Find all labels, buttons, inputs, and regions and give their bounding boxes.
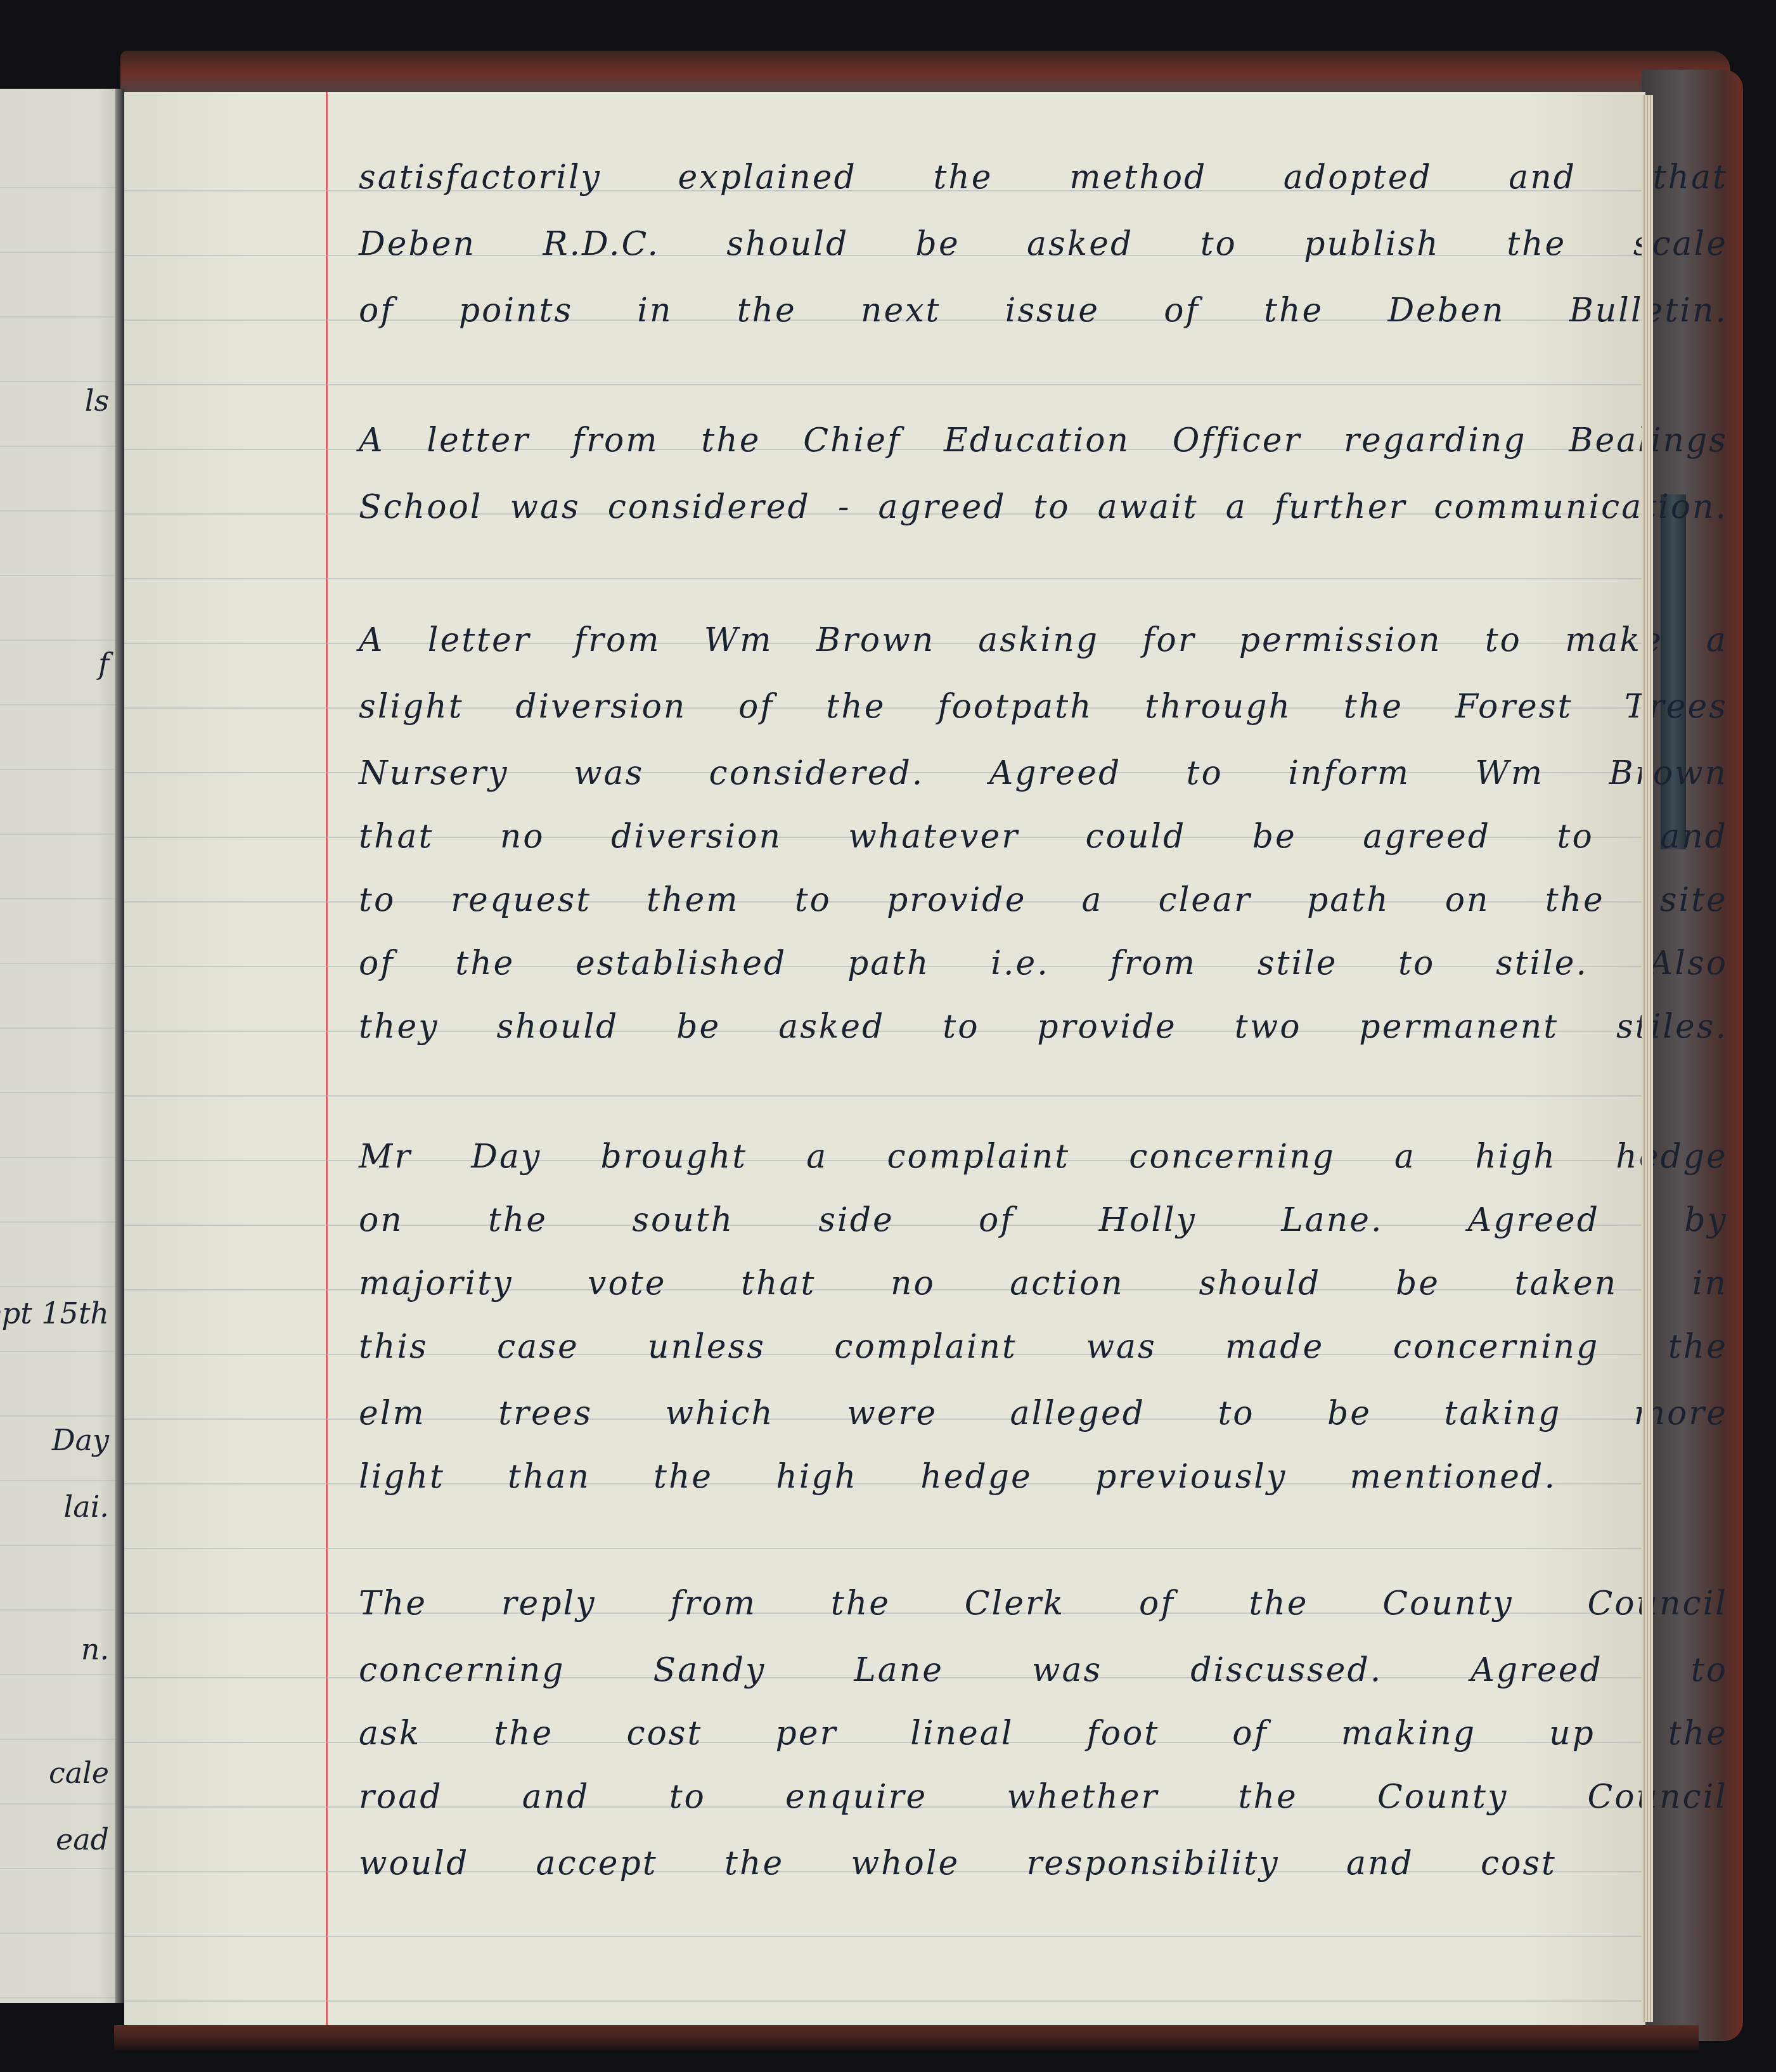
word: the — [1545, 881, 1605, 919]
handwritten-line-sandy-lane: ThereplyfromtheClerkoftheCountyCouncil — [359, 1585, 1728, 1623]
handwritten-line-deben-bulletin: DebenR.D.C.shouldbeaskedtopublishthescal… — [359, 225, 1728, 263]
word: A — [359, 621, 385, 659]
handwritten-line-deben-bulletin: satisfactorilyexplainedthemethodadopteda… — [359, 158, 1728, 196]
ruled-line — [0, 187, 115, 188]
word: Brown — [1609, 754, 1728, 792]
ruled-line — [0, 963, 115, 964]
word: action — [1010, 1264, 1124, 1303]
ruled-line — [0, 640, 115, 641]
word: await — [1098, 488, 1199, 526]
word: regarding — [1344, 421, 1526, 460]
word: a — [1706, 621, 1728, 659]
word: taking — [1445, 1394, 1562, 1432]
word: clear — [1159, 881, 1252, 919]
word: site — [1660, 881, 1728, 919]
word: they — [359, 1008, 439, 1046]
word: asked — [1027, 225, 1133, 263]
word: of — [738, 688, 775, 726]
word: that — [1653, 158, 1728, 196]
word: diversion — [611, 818, 782, 856]
handwritten-line-sandy-lane: askthecostperlinealfootofmakingupthe — [359, 1715, 1728, 1753]
word: stiles. — [1616, 1008, 1728, 1046]
word: elm — [359, 1394, 426, 1432]
word: of — [1232, 1715, 1268, 1753]
handwritten-line-sandy-lane: roadandtoenquirewhethertheCountyCouncil — [359, 1778, 1728, 1816]
word: previously — [1095, 1458, 1287, 1496]
word: Education — [944, 421, 1130, 460]
word: foot — [1086, 1715, 1159, 1753]
ruled-line — [0, 1609, 115, 1611]
ruled-line — [0, 1157, 115, 1158]
word: request — [451, 881, 591, 919]
word: A — [359, 421, 385, 460]
handwritten-line-bealings-school: AletterfromtheChiefEducationOfficerregar… — [359, 421, 1728, 460]
word: the — [455, 944, 515, 982]
word: Officer — [1173, 421, 1302, 460]
ruled-line — [0, 769, 115, 770]
handwritten-line-bealings-school: Schoolwasconsidered-agreedtoawaitafurthe… — [359, 488, 1728, 526]
word: high — [1475, 1138, 1557, 1176]
word: vote — [588, 1264, 666, 1303]
word: to — [1691, 1651, 1728, 1689]
word: considered. — [709, 754, 925, 792]
left-page-fragment: n. — [81, 1632, 109, 1666]
word: could — [1085, 818, 1186, 856]
word: per — [775, 1715, 837, 1753]
handwritten-line-sandy-lane: wouldacceptthewholeresponsibilityandcost — [359, 1844, 1557, 1882]
word: the — [1507, 225, 1566, 263]
handwritten-line-holly-lane-hedge: thiscaseunlesscomplaintwasmadeconcerning… — [359, 1328, 1728, 1366]
word: whatever — [848, 818, 1019, 856]
word: complaint — [887, 1138, 1070, 1176]
word: the — [933, 158, 993, 196]
word: Deben — [1387, 292, 1505, 330]
word: permission — [1239, 621, 1442, 659]
word: light — [359, 1458, 445, 1496]
word: was — [510, 488, 580, 526]
word: Agreed — [1470, 1651, 1603, 1689]
word: lineal — [910, 1715, 1013, 1753]
ruled-line — [0, 381, 115, 382]
word: were — [847, 1394, 937, 1432]
ruled-line — [0, 1545, 115, 1546]
word: the — [1668, 1715, 1728, 1753]
word: hedge — [920, 1458, 1033, 1496]
word: that — [359, 818, 434, 856]
ruled-line — [124, 578, 1645, 579]
word: ask — [359, 1715, 421, 1753]
word: School — [359, 488, 482, 526]
word: the — [1264, 292, 1323, 330]
ruled-line — [0, 316, 115, 318]
ruled-line — [0, 1221, 115, 1223]
word: the — [826, 688, 885, 726]
word: discussed. — [1190, 1651, 1382, 1689]
handwritten-line-deben-bulletin: ofpointsinthenextissueoftheDebenBulletin… — [359, 292, 1728, 330]
word: no — [891, 1264, 936, 1303]
word: the — [701, 421, 761, 460]
handwritten-line-footpath-diversion: theyshouldbeaskedtoprovidetwopermanentst… — [359, 1008, 1728, 1046]
word: of — [359, 944, 395, 982]
word: Council — [1588, 1778, 1728, 1816]
left-page: lsfSept 15thDaylai.n.caleead — [0, 89, 117, 2003]
ruled-line — [0, 1286, 115, 1287]
word: whether — [1007, 1778, 1159, 1816]
word: brought — [601, 1138, 748, 1176]
word: should — [1199, 1264, 1321, 1303]
word: permanent — [1359, 1008, 1559, 1046]
right-page: satisfactorilyexplainedthemethodadopteda… — [124, 92, 1645, 2025]
word: to — [1218, 1394, 1254, 1432]
word: to — [795, 881, 832, 919]
word: them — [647, 881, 739, 919]
word: Wm — [1475, 754, 1544, 792]
ruled-line — [0, 898, 115, 899]
ruled-line — [124, 1548, 1645, 1549]
word: i.e. — [991, 944, 1049, 982]
word: from — [572, 421, 659, 460]
word: concerning — [1393, 1328, 1600, 1366]
handwritten-line-footpath-diversion: thatnodiversionwhatevercouldbeagreedtoan… — [359, 818, 1728, 856]
word: the — [653, 1458, 713, 1496]
word: and — [1509, 158, 1576, 196]
word: Trees — [1625, 688, 1728, 726]
word: road — [359, 1778, 442, 1816]
word: cost — [626, 1715, 702, 1753]
word: provide — [1037, 1008, 1177, 1046]
page-edges — [1642, 95, 1653, 2022]
word: for — [1142, 621, 1195, 659]
word: Mr — [359, 1138, 412, 1176]
word: which — [666, 1394, 775, 1432]
word: to — [1033, 488, 1070, 526]
word: to — [359, 881, 396, 919]
left-page-fragment: ls — [85, 383, 109, 418]
word: stile. — [1496, 944, 1588, 982]
handwritten-line-sandy-lane: concerningSandyLanewasdiscussed.Agreedto — [359, 1651, 1728, 1689]
word: Lane — [854, 1651, 944, 1689]
word: explained — [678, 158, 857, 196]
word: asking — [978, 621, 1099, 659]
ruled-line — [0, 1092, 115, 1093]
word: from — [670, 1585, 757, 1623]
word: asked — [778, 1008, 885, 1046]
handwritten-line-footpath-diversion: slightdiversionofthefootpaththroughtheFo… — [359, 688, 1728, 726]
handwritten-line-footpath-diversion: oftheestablishedpathi.e.fromstiletostile… — [359, 944, 1728, 982]
word: high — [776, 1458, 858, 1496]
word: making — [1341, 1715, 1476, 1753]
word: trees — [498, 1394, 593, 1432]
word: on — [359, 1201, 404, 1239]
word: from — [1110, 944, 1197, 982]
ruled-line — [0, 510, 115, 512]
word: issue — [1005, 292, 1100, 330]
ruled-line — [0, 1933, 115, 1934]
word: side — [818, 1201, 894, 1239]
word: agreed — [1363, 818, 1491, 856]
word: slight — [359, 688, 464, 726]
word: path — [847, 944, 930, 982]
word: was — [1086, 1328, 1156, 1366]
word: stile — [1258, 944, 1338, 982]
ruled-line — [0, 833, 115, 835]
word: next — [861, 292, 941, 330]
left-page-fragment: ead — [56, 1822, 109, 1856]
word: the — [488, 1201, 548, 1239]
word: two — [1235, 1008, 1302, 1046]
ruled-line — [124, 1095, 1645, 1097]
word: further — [1275, 488, 1407, 526]
word: Deben — [359, 225, 476, 263]
word: diversion — [515, 688, 686, 726]
word: adopted — [1284, 158, 1432, 196]
word: Lane. — [1281, 1201, 1383, 1239]
word: by — [1684, 1201, 1728, 1239]
left-page-fragment: f — [98, 647, 109, 681]
word: Wm — [704, 621, 773, 659]
word: letter — [428, 621, 531, 659]
word: County — [1377, 1778, 1508, 1816]
word: a — [806, 1138, 828, 1176]
word: The — [359, 1585, 427, 1623]
word: in — [1692, 1264, 1728, 1303]
book-cover-bottom — [114, 2025, 1699, 2050]
word: - — [838, 488, 851, 526]
ruled-line — [0, 1415, 115, 1417]
ruled-line — [0, 1803, 115, 1805]
bookmark-ribbon — [1661, 494, 1686, 849]
word: agreed — [878, 488, 1006, 526]
word: be — [676, 1008, 721, 1046]
word: a — [1081, 881, 1103, 919]
word: accept — [536, 1844, 658, 1882]
word: the — [1668, 1328, 1728, 1366]
word: points — [459, 292, 573, 330]
word: publish — [1304, 225, 1440, 263]
word: made — [1225, 1328, 1324, 1366]
word: and — [522, 1778, 590, 1816]
left-page-fragment: lai. — [64, 1490, 109, 1524]
word: R.D.C. — [543, 225, 660, 263]
word: the — [831, 1585, 891, 1623]
word: be — [916, 225, 960, 263]
word: should — [496, 1008, 619, 1046]
ruled-line — [0, 1997, 115, 1998]
word: and — [1660, 818, 1728, 856]
word: method — [1069, 158, 1207, 196]
handwritten-line-holly-lane-hedge: onthesouthsideofHollyLane.Agreedby — [359, 1201, 1728, 1239]
word: be — [1327, 1394, 1372, 1432]
word: the — [724, 1844, 784, 1882]
word: established — [576, 944, 787, 982]
word: was — [1032, 1651, 1102, 1689]
ruled-line — [0, 1027, 115, 1029]
word: on — [1445, 881, 1490, 919]
spine-gutter — [115, 89, 124, 2003]
book-cover-top — [120, 51, 1730, 95]
word: that — [741, 1264, 816, 1303]
word: be — [1252, 818, 1297, 856]
word: footpath — [937, 688, 1093, 726]
handwritten-line-holly-lane-hedge: elmtreeswhichwereallegedtobetakingmore — [359, 1394, 1728, 1432]
word: to — [1485, 621, 1522, 659]
handwritten-line-footpath-diversion: AletterfromWmBrownaskingforpermissiontom… — [359, 621, 1728, 659]
ruled-line — [0, 252, 115, 253]
word: a — [1394, 1138, 1416, 1176]
word: up — [1549, 1715, 1595, 1753]
word: of — [1164, 292, 1200, 330]
word: hedge — [1616, 1138, 1728, 1176]
word: Day — [471, 1138, 541, 1176]
word: Sandy — [653, 1651, 766, 1689]
word: letter — [427, 421, 530, 460]
word: the — [1344, 688, 1403, 726]
ruled-line — [0, 575, 115, 576]
ruled-line — [0, 1674, 115, 1675]
word: communication. — [1434, 488, 1728, 526]
word: Agreed — [1468, 1201, 1600, 1239]
word: be — [1396, 1264, 1440, 1303]
word: the — [1249, 1585, 1308, 1623]
word: of — [359, 292, 395, 330]
word: Chief — [803, 421, 901, 460]
word: inform — [1288, 754, 1410, 792]
word: case — [497, 1328, 579, 1366]
word: Council — [1587, 1585, 1727, 1623]
word: enquire — [785, 1778, 927, 1816]
word: to — [1398, 944, 1435, 982]
word: concerning — [359, 1651, 565, 1689]
word: a — [1226, 488, 1247, 526]
word: whole — [851, 1844, 960, 1882]
handwritten-line-footpath-diversion: Nurserywasconsidered.AgreedtoinformWmBro… — [359, 754, 1728, 792]
handwritten-line-holly-lane-hedge: majorityvotethatnoactionshouldbetakenin — [359, 1264, 1728, 1303]
word: was — [574, 754, 644, 792]
word: would — [359, 1844, 469, 1882]
word: south — [632, 1201, 734, 1239]
word: considered — [608, 488, 811, 526]
ruled-line — [0, 446, 115, 447]
word: in — [637, 292, 672, 330]
word: the — [1239, 1778, 1298, 1816]
handwritten-line-footpath-diversion: torequestthemtoprovideaclearpathonthesit… — [359, 881, 1728, 919]
word: path — [1307, 881, 1390, 919]
word: should — [726, 225, 849, 263]
ruled-line — [0, 1868, 115, 1869]
ruled-line — [124, 384, 1645, 385]
word: no — [500, 818, 545, 856]
word: unless — [648, 1328, 766, 1366]
word: to — [1200, 225, 1237, 263]
word: through — [1145, 688, 1292, 726]
word: Agreed — [989, 754, 1122, 792]
word: and — [1346, 1844, 1414, 1882]
word: to — [669, 1778, 706, 1816]
word: to — [1187, 754, 1223, 792]
word: than — [508, 1458, 591, 1496]
word: complaint — [834, 1328, 1017, 1366]
ruled-line — [124, 2000, 1645, 2002]
word: reply — [501, 1585, 596, 1623]
ruled-line — [0, 1739, 115, 1740]
red-margin-line — [326, 92, 328, 2025]
word: taken — [1515, 1264, 1618, 1303]
word: alleged — [1010, 1394, 1145, 1432]
word: Brown — [816, 621, 935, 659]
word: provide — [887, 881, 1027, 919]
word: to — [943, 1008, 979, 1046]
word: of — [1139, 1585, 1175, 1623]
word: majority — [359, 1264, 513, 1303]
word: Clerk — [965, 1585, 1065, 1623]
word: of — [979, 1201, 1015, 1239]
handwritten-line-holly-lane-hedge: lightthanthehighhedgepreviouslymentioned… — [359, 1458, 1557, 1496]
word: from — [574, 621, 661, 659]
word: Holly — [1099, 1201, 1197, 1239]
word: this — [359, 1328, 428, 1366]
word: mentioned. — [1349, 1458, 1557, 1496]
word: the — [494, 1715, 553, 1753]
word: Nursery — [359, 754, 509, 792]
word: the — [737, 292, 797, 330]
left-page-fragment: Sept 15th — [0, 1296, 109, 1330]
ruled-line — [124, 1936, 1645, 1937]
word: to — [1557, 818, 1594, 856]
word: cost — [1481, 1844, 1557, 1882]
word: County — [1382, 1585, 1513, 1623]
word: concerning — [1129, 1138, 1335, 1176]
word: satisfactorily — [359, 158, 602, 196]
word: Also — [1649, 944, 1728, 982]
ruled-line — [0, 1480, 115, 1481]
ruled-line — [0, 704, 115, 705]
left-page-fragment: Day — [52, 1423, 109, 1457]
left-page-fragment: cale — [49, 1756, 109, 1790]
handwritten-line-holly-lane-hedge: MrDaybroughtacomplaintconcerningahighhed… — [359, 1138, 1728, 1176]
word: Forest — [1455, 688, 1573, 726]
word: responsibility — [1026, 1844, 1279, 1882]
ruled-line — [0, 1351, 115, 1352]
